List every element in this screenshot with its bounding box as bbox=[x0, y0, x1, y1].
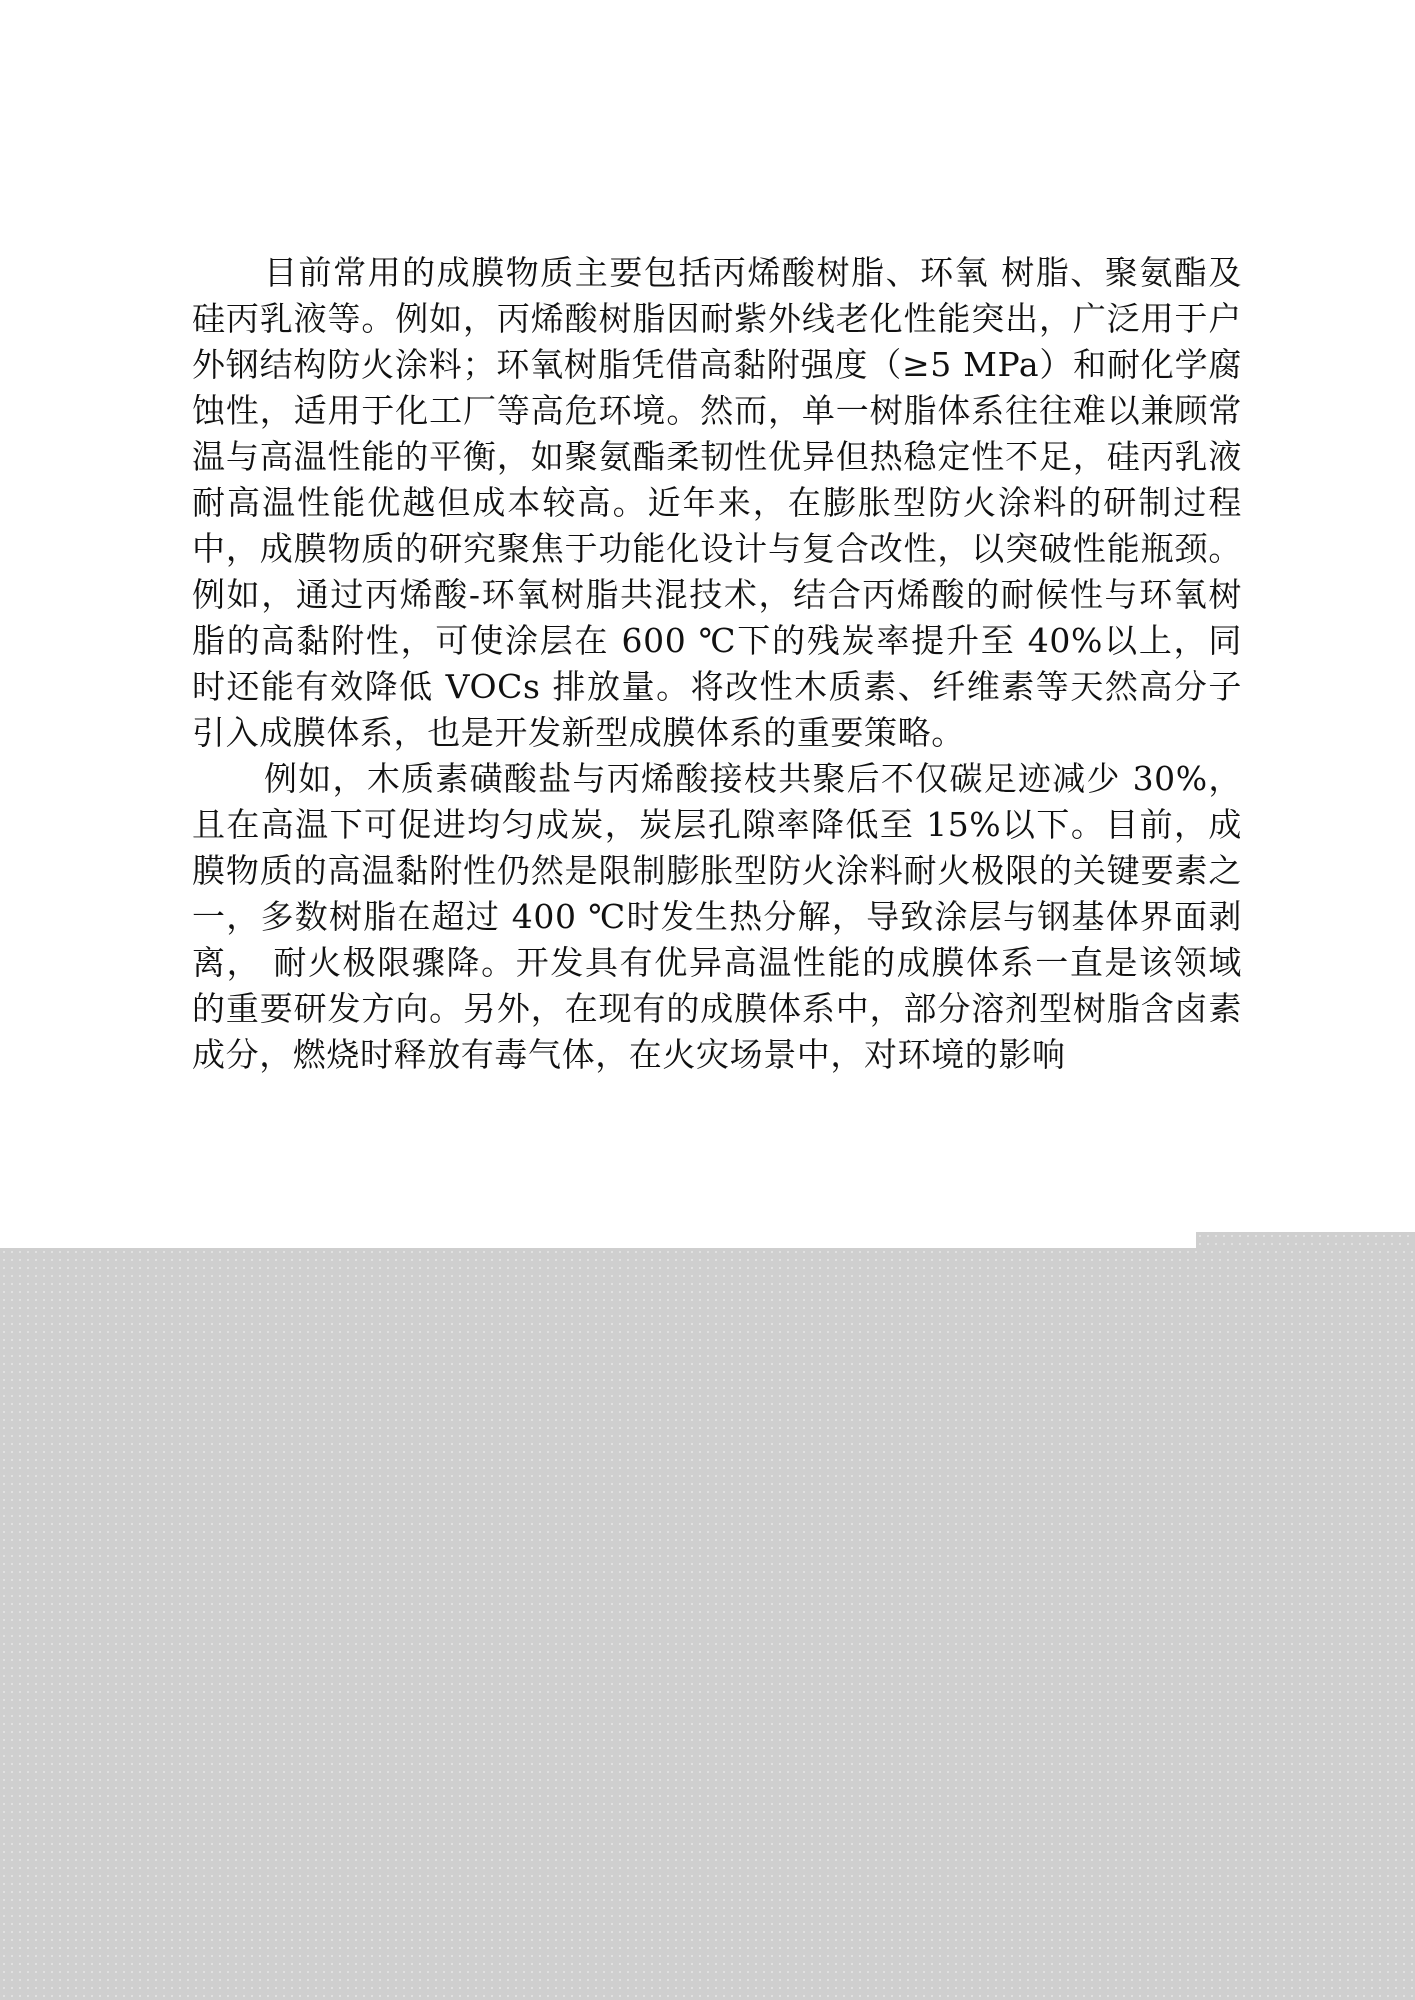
paragraph-2: 例如，木质素磺酸盐与丙烯酸接枝共聚后不仅碳足迹减少 30%，且在高温下可促进均匀… bbox=[192, 756, 1242, 1078]
gray-overlay-notch bbox=[1196, 1232, 1415, 1248]
body-text: 目前常用的成膜物质主要包括丙烯酸树脂、环氧 树脂、聚氨酯及硅丙乳液等。例如，丙烯… bbox=[192, 250, 1242, 1078]
document-page: 目前常用的成膜物质主要包括丙烯酸树脂、环氧 树脂、聚氨酯及硅丙乳液等。例如，丙烯… bbox=[0, 0, 1415, 2000]
paragraph-1: 目前常用的成膜物质主要包括丙烯酸树脂、环氧 树脂、聚氨酯及硅丙乳液等。例如，丙烯… bbox=[192, 250, 1242, 756]
gray-overlay bbox=[0, 1248, 1415, 2000]
